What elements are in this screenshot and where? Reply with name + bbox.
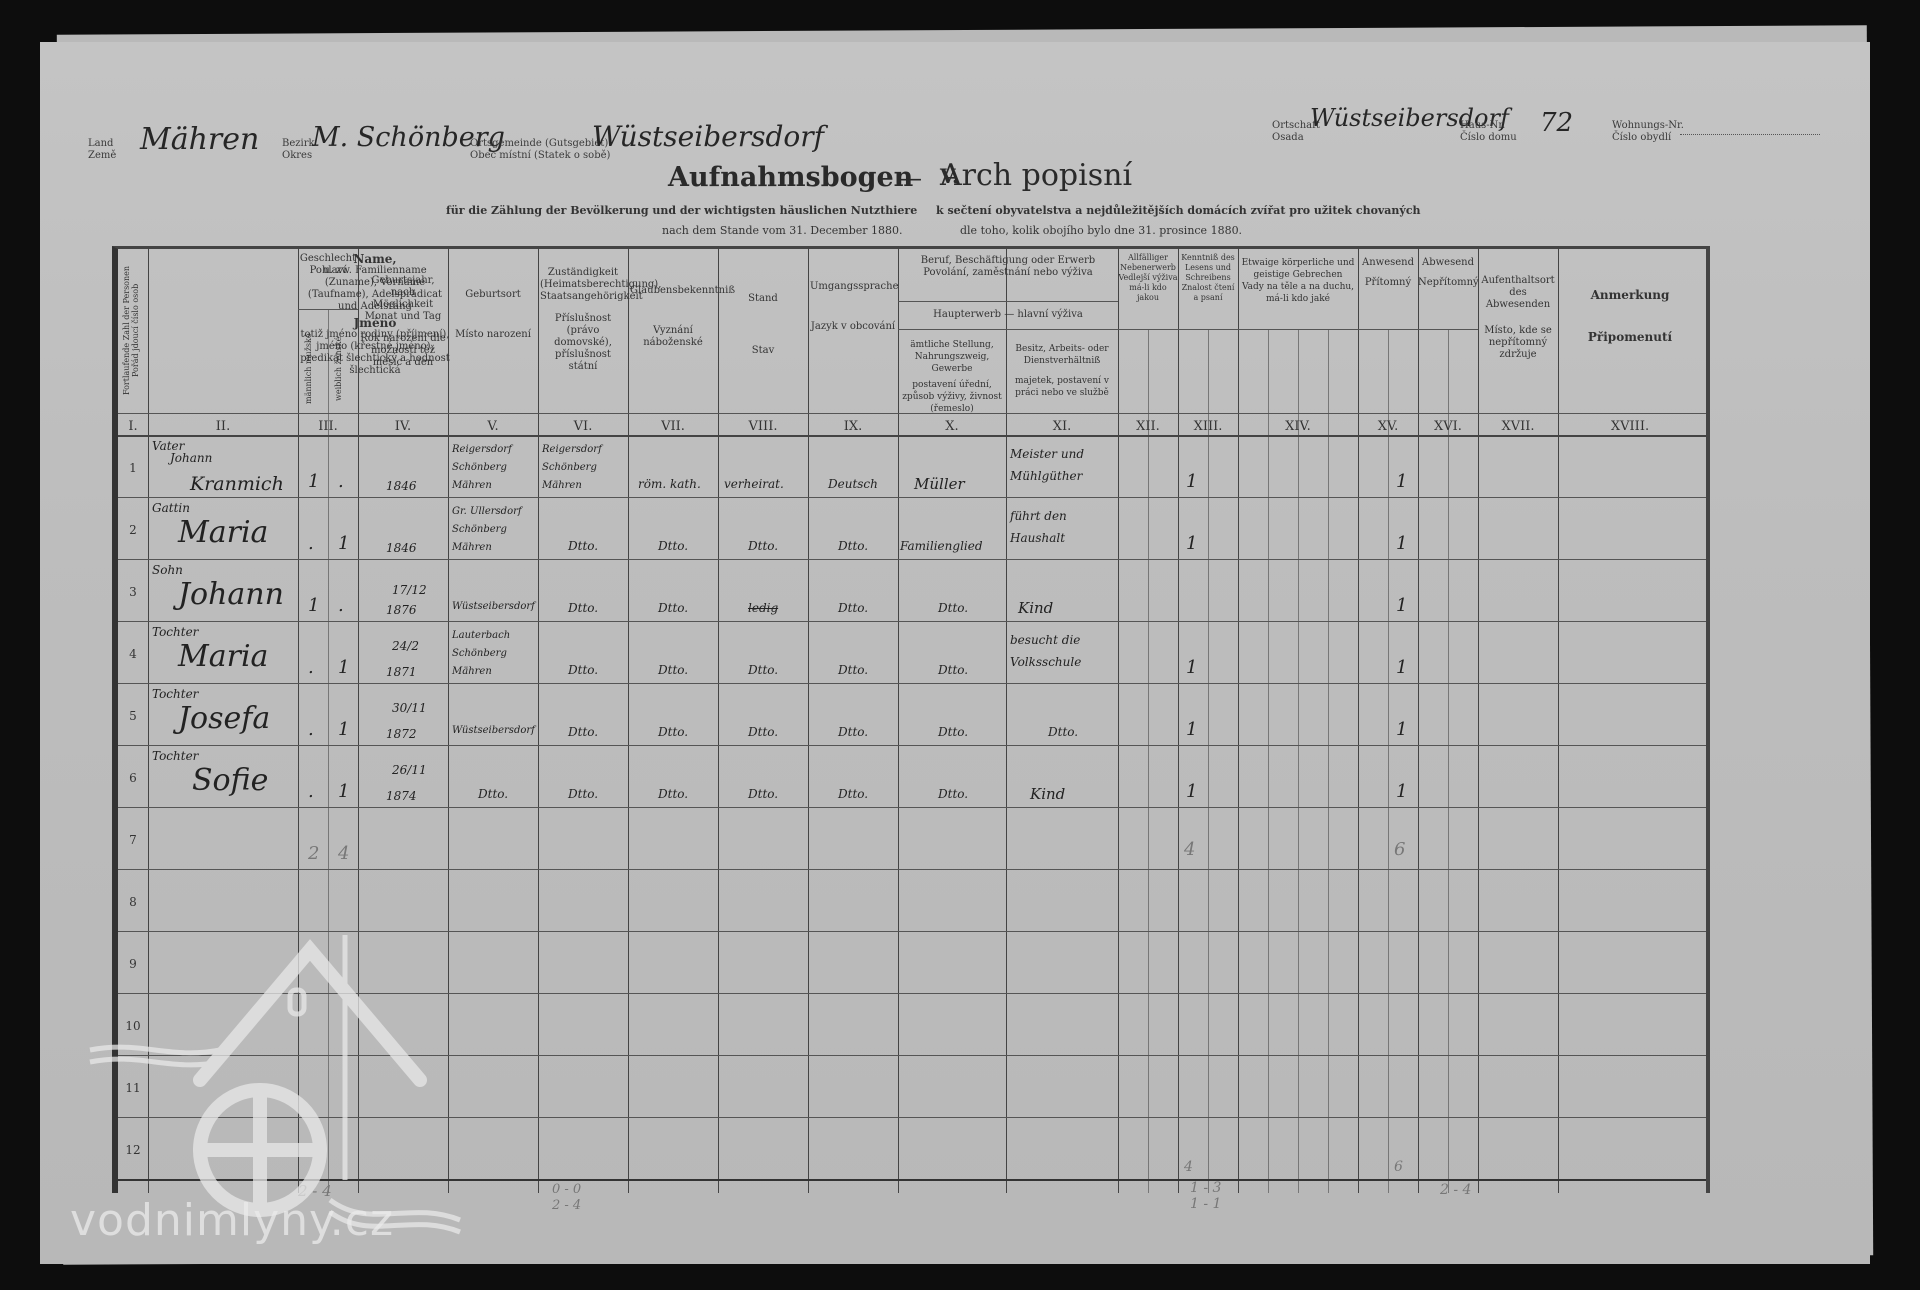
col-vii-header: GlaubensbekenntnißVyznání náboženské [630,285,716,349]
col-iii-female: weiblich ženské [334,329,354,409]
col-xvi-header: AbwesendNepřítomný [1418,257,1478,289]
roman-xv: XV. [1358,419,1418,434]
date-german: nach dem Stande vom 31. December 1880. [662,224,903,237]
land-label: LandZemě [88,138,116,162]
col-xv-header: AnwesendPřítomný [1358,257,1418,289]
col-viii-header: StandStav [720,293,806,357]
row-number: 7 [118,833,148,847]
roman-iv: IV. [358,419,448,434]
roman-i: I. [118,419,148,434]
roman-xviii: XVIII. [1558,419,1702,434]
footnote-right: 2 - 4 [1440,1182,1471,1198]
roman-viii: VIII. [718,419,808,434]
title-german: Aufnahmsbogen [668,162,913,193]
col-x-header: ämtliche Stellung, Nahrungszweig, Gewerb… [900,339,1004,415]
roman-xii: XII. [1118,419,1178,434]
col-i-header: Fortlaufende Zahl der Personen Pořád jdo… [122,255,144,405]
roman-iii: III. [298,419,358,434]
col-xvii-header: Aufenthaltsort des AbwesendenMísto, kde … [1480,275,1556,361]
col-x-group-header: Beruf, Beschäftigung oder ErwerbPovolání… [900,255,1116,279]
title-separator: — [898,164,922,192]
col-xiii-header: Kenntniß des Lesens und SchreibensZnalos… [1178,253,1238,303]
roman-x: X. [898,419,1006,434]
bezirk-label: BezirkOkres [282,138,315,162]
roman-xvii: XVII. [1478,419,1558,434]
literacy-total: 4 [1184,839,1195,860]
male-total: 2 [308,843,319,864]
col-ix-header: UmgangsspracheJazyk v obcování [810,281,896,333]
gemeinde-value: Wüstseibersdorf [592,120,824,153]
roman-vi: VI. [538,419,628,434]
row-number: 2 [118,523,148,537]
row-number: 8 [118,895,148,909]
footnote-literacy-bottom: 1 - 1 [1190,1196,1221,1212]
row-number: 4 [118,647,148,661]
col-x-subgroup: Haupterwerb — hlavní výživa [900,309,1116,321]
row-number: 1 [118,461,148,475]
footnote-mid-bottom: 2 - 4 [552,1198,581,1213]
footnote-literacy-top: 1 - 3 [1190,1180,1221,1196]
haus-nr-value: 72 [1540,108,1573,138]
col-xviii-header: AnmerkungPřipomenutí [1560,289,1700,343]
roman-v: V. [448,419,538,434]
title-czech: Arch popisní [940,158,1132,193]
wohnung-nr-label: Wohnungs-Nr.Číslo obydlí [1612,120,1684,144]
wohnung-nr-field [1680,134,1820,135]
roman-xi: XI. [1006,419,1118,434]
col-xii-header: Allfälliger NebenerwerbVedlejší výživa m… [1118,253,1178,303]
col-xiv-header: Etwaige körperliche und geistige Gebrech… [1238,257,1358,305]
roman-vii: VII. [628,419,718,434]
watermark-text: vodnimlyny.cz [70,1195,394,1246]
row-number: 5 [118,709,148,723]
anwesend-total: 6 [1394,839,1405,860]
col-iv-header: Geburtsjahr, nach Möglichkeit Monat und … [360,275,446,369]
haus-nr-label: Haus-Nr.Číslo domu [1460,120,1517,144]
roman-ii: II. [148,419,298,434]
col-iii-header: GeschlechtPohlaví [298,253,358,277]
anwesend-total-bottom: 6 [1394,1159,1403,1175]
literacy-total-bottom: 4 [1184,1159,1193,1175]
roman-xiv: XIV. [1238,419,1358,434]
col-xi-header: Besitz, Arbeits- oder Dienstverhältnißma… [1008,343,1116,399]
subtitle-german: für die Zählung der Bevölkerung und der … [446,204,917,217]
row-number: 3 [118,585,148,599]
roman-ix: IX. [808,419,898,434]
row-number: 6 [118,771,148,785]
col-v-header: GeburtsortMísto narození [450,289,536,341]
land-value: Mähren [140,122,259,157]
col-iii-male: männlich mužské [304,329,324,409]
footnote-mid-top: 0 - 0 [552,1182,581,1197]
date-czech: dle toho, kolik obojího bylo dne 31. pro… [960,224,1242,237]
gemeinde-label: Ortsgemeinde (Gutsgebiet)Obec místní (St… [470,138,610,162]
roman-xiii: XIII. [1178,419,1238,434]
female-total: 4 [338,843,349,864]
roman-xvi: XVI. [1418,419,1478,434]
subtitle-czech: k sečtení obyvatelstva a nejdůležitějšíc… [936,204,1421,217]
col-vi-header: Zuständigkeit (Heimatsberechtigung), Sta… [540,267,626,373]
